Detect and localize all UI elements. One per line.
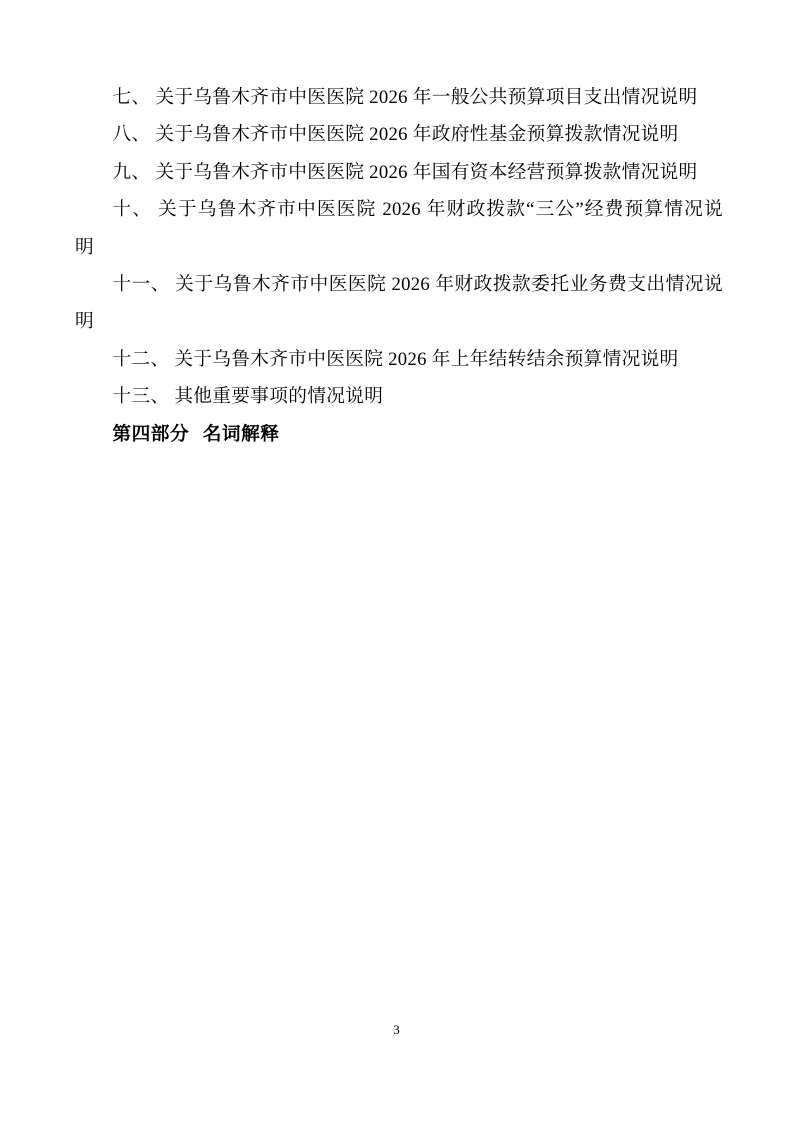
page-number: 3: [0, 1021, 793, 1039]
toc-line: 九、 关于乌鲁木齐市中医医院 2026 年国有资本经营预算拨款情况说明: [75, 154, 723, 191]
toc-line: 八、 关于乌鲁木齐市中医医院 2026 年政府性基金预算拨款情况说明: [75, 116, 723, 153]
table-of-contents: 七、 关于乌鲁木齐市中医医院 2026 年一般公共预算项目支出情况说明八、 关于…: [75, 79, 723, 453]
toc-line: 十一、 关于乌鲁木齐市中医医院 2026 年财政拨款委托业务费支出情况说: [75, 266, 723, 303]
toc-line: 十二、 关于乌鲁木齐市中医医院 2026 年上年结转结余预算情况说明: [75, 341, 723, 378]
toc-line: 明: [75, 303, 723, 340]
toc-lines: 七、 关于乌鲁木齐市中医医院 2026 年一般公共预算项目支出情况说明八、 关于…: [75, 79, 723, 416]
section-heading: 第四部分 名词解释: [75, 416, 723, 453]
toc-line: 七、 关于乌鲁木齐市中医医院 2026 年一般公共预算项目支出情况说明: [75, 79, 723, 116]
document-page: 七、 关于乌鲁木齐市中医医院 2026 年一般公共预算项目支出情况说明八、 关于…: [0, 0, 793, 1122]
toc-line: 十三、 其他重要事项的情况说明: [75, 378, 723, 415]
toc-line: 十、 关于乌鲁木齐市中医医院 2026 年财政拨款“三公”经费预算情况说: [75, 191, 723, 228]
toc-line: 明: [75, 229, 723, 266]
